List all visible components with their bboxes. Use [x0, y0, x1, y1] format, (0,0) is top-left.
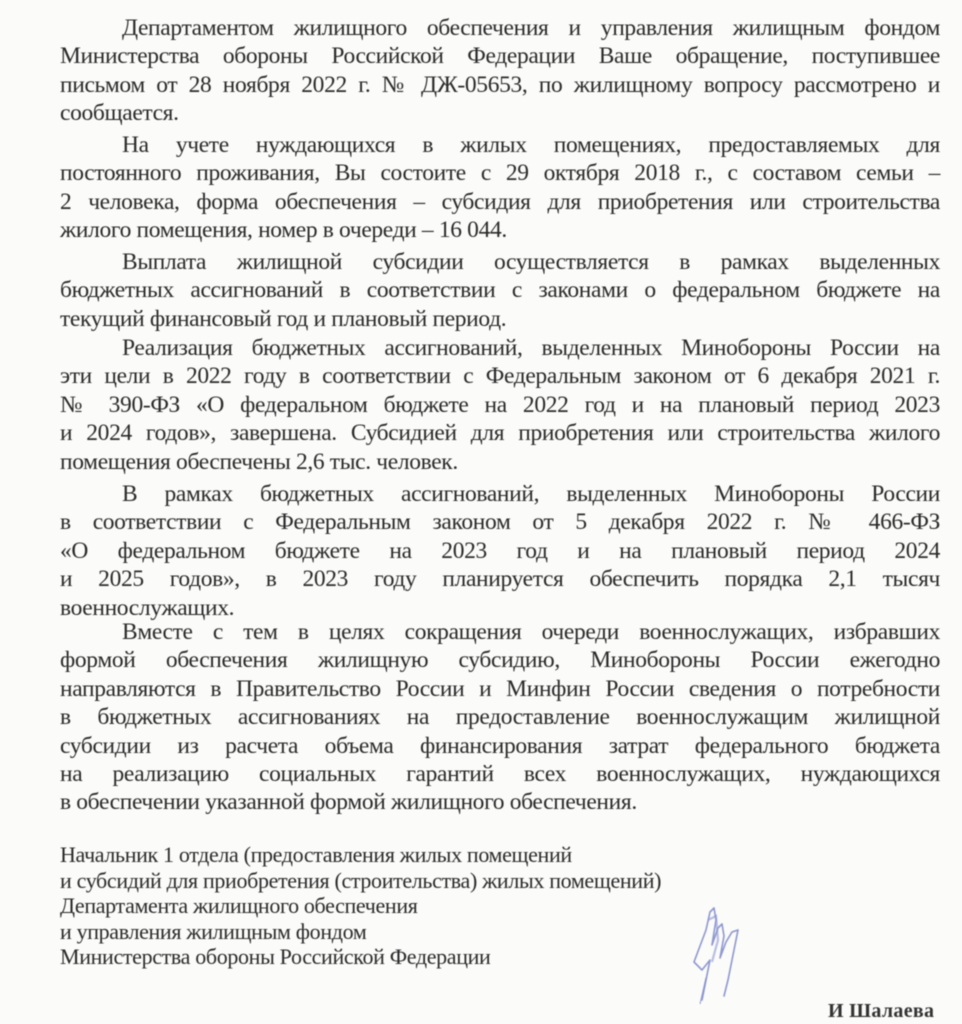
paragraph-response-intro: Департаментом жилищного обеспечения и уп…	[60, 14, 940, 128]
text-line: сообщается.	[60, 99, 940, 127]
signatory-title: Начальник 1 отдела (предоставления жилых…	[60, 842, 661, 970]
text-line: и 2025 годов», в 2023 году планируется о…	[60, 565, 940, 593]
paragraph-2023-budget: В рамках бюджетных ассигнований, выделен…	[60, 480, 940, 622]
paragraph-queue-status: На учете нуждающихся в жилых помещениях,…	[60, 131, 940, 245]
text-line: жилого помещения, номер в очереди – 16 0…	[60, 216, 940, 244]
text-line: постоянного проживания, Вы состоите с 29…	[60, 159, 940, 187]
text-line: Реализация бюджетных ассигнований, выдел…	[60, 334, 940, 362]
letter-page: Департаментом жилищного обеспечения и уп…	[0, 0, 962, 1024]
text-line: в обеспечении указанной формой жилищного…	[60, 788, 940, 816]
text-line: «О федеральном бюджете на 2023 год и на …	[60, 537, 940, 565]
signer-name: И Шалаева	[828, 1000, 934, 1023]
signatory-title-line: Начальник 1 отдела (предоставления жилых…	[60, 842, 661, 868]
text-line: текущий финансовый год и плановый период…	[60, 305, 940, 333]
text-line: 2 человека, форма обеспечения – субсидия…	[60, 188, 940, 216]
handwritten-signature-icon	[672, 900, 762, 1010]
signatory-title-line: Министерства обороны Российской Федераци…	[60, 944, 661, 970]
signatory-title-line: и субсидий для приобретения (строительст…	[60, 868, 661, 894]
text-line: Выплата жилищной субсидии осуществляется…	[60, 248, 940, 276]
text-line: эти цели в 2022 году в соответствии с Фе…	[60, 362, 940, 390]
paragraph-queue-reduction: Вместе с тем в целях сокращения очереди …	[60, 618, 940, 817]
text-line: письмом от 28 ноября 2022 г. № ДЖ-05653,…	[60, 71, 940, 99]
signatory-title-line: и управления жилищным фондом	[60, 919, 661, 945]
text-line: № 390-ФЗ «О федеральном бюджете на 2022 …	[60, 391, 940, 419]
text-line: В рамках бюджетных ассигнований, выделен…	[60, 480, 940, 508]
text-line: направляются в Правительство России и Ми…	[60, 675, 940, 703]
text-line: помещения обеспечены 2,6 тыс. человек.	[60, 448, 940, 476]
signatory-title-line: Департамента жилищного обеспечения	[60, 893, 661, 919]
text-line: На учете нуждающихся в жилых помещениях,…	[60, 131, 940, 159]
text-line: Министерства обороны Российской Федераци…	[60, 42, 940, 70]
text-line: Департаментом жилищного обеспечения и уп…	[60, 14, 940, 42]
paragraph-subsidy-payment: Выплата жилищной субсидии осуществляется…	[60, 248, 940, 333]
text-line: бюджетных ассигнований в соответствии с …	[60, 276, 940, 304]
text-line: и 2024 годов», завершена. Субсидией для …	[60, 419, 940, 447]
paragraph-2022-budget: Реализация бюджетных ассигнований, выдел…	[60, 334, 940, 476]
text-line: формой обеспечения жилищную субсидию, Ми…	[60, 646, 940, 674]
text-line: Вместе с тем в целях сокращения очереди …	[60, 618, 940, 646]
text-line: субсидии из расчета объема финансировани…	[60, 732, 940, 760]
text-line: на реализацию социальных гарантий всех в…	[60, 760, 940, 788]
text-line: в бюджетных ассигнованиях на предоставле…	[60, 703, 940, 731]
text-line: в соответствии с Федеральным законом от …	[60, 508, 940, 536]
